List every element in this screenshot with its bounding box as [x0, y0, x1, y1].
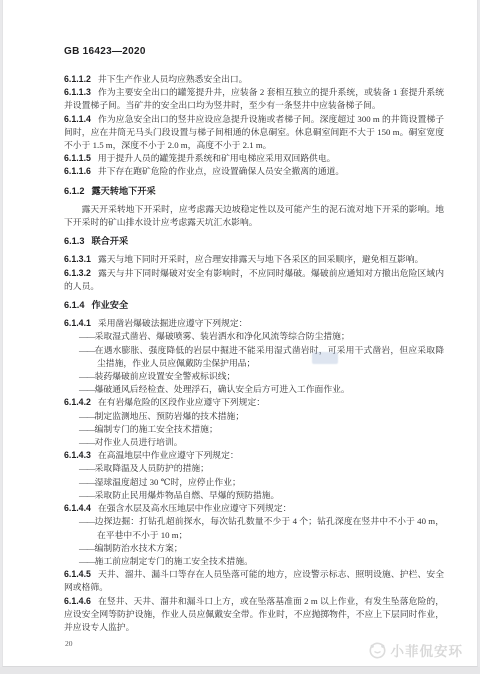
clause-6.1.4.1: 6.1.4.1采用凿岩爆破法掘进应遵守下列规定： — [64, 317, 444, 330]
clause-6.1.3.1: 6.1.3.1露天与地下同时开采时，应合理安排露天与地下各采区的回采顺序，避免相… — [64, 253, 444, 266]
clause-text: 采用凿岩爆破法掘进应遵守下列规定： — [98, 318, 248, 328]
clause-text: 作为应急安全出口的竖井应设应急提升设施或者梯子间。深度超过 300 m 的井筒设… — [64, 114, 444, 150]
bullet-item: ——在遇水膨胀、强度降低的岩层中掘进不能采用湿式凿岩时，可采用干式凿岩，但应采取… — [64, 344, 444, 370]
bullet-text: 制定监测地压、预防岩爆的技术措施； — [95, 411, 245, 421]
bullet-text: 编制专门的施工安全技术措施； — [95, 424, 218, 434]
clause-6.1.4.2: 6.1.4.2在有岩爆危险的区段作业应遵守下列规定： — [64, 396, 444, 409]
clause-number: 6.1.4.4 — [64, 503, 91, 513]
clause-number: 6.1.1.6 — [64, 166, 91, 176]
heading-text: 露天转地下开采 — [91, 186, 155, 196]
clause-number: 6.1.1.3 — [64, 87, 91, 97]
clause-text: 露天与地下同时开采时，应合理安排露天与地下各采区的回采顺序，避免相互影响。 — [98, 254, 424, 264]
bullet-dash: —— — [79, 543, 95, 553]
heading-text: 联合开采 — [91, 236, 128, 246]
bullet-item: ——采取降温及人员防护的措施； — [64, 462, 444, 475]
bullet-dash: —— — [79, 331, 95, 341]
bullet-text: 装药爆破前应设置安全警戒标识线； — [95, 371, 236, 381]
bullet-dash: —— — [79, 371, 95, 381]
bullet-dash: —— — [79, 437, 95, 447]
section-heading-6.1.2: 6.1.2露天转地下开采 — [64, 185, 444, 198]
bullet-dash: —— — [79, 345, 95, 355]
bullet-item: ——爆破通风后经检查、处理浮石，确认安全后方可进入工作面作业。 — [64, 383, 444, 396]
clause-number: 6.1.3.2 — [64, 268, 91, 278]
bullet-text: 编制防治水技术方案； — [95, 543, 183, 553]
clause-text: 在竖井、天井、溜井和漏斗口上方，或在坠落基准面 2 m 以上作业，有发生坠落危险… — [64, 596, 444, 632]
clause-6.1.1.4: 6.1.1.4作为应急安全出口的竖井应设应急提升设施或者梯子间。深度超过 300… — [64, 113, 444, 153]
clause-number: 6.1.4.6 — [64, 596, 91, 606]
bullet-item: ——湿球温度超过 30 ℃时，应停止作业； — [64, 476, 444, 489]
paragraph: 露天开采转地下开采时，应考虑露天边坡稳定性以及可能产生的泥石流对地下开采的影响。… — [64, 203, 444, 229]
clause-text: 在高温地层中作业应遵守下列规定： — [98, 450, 239, 460]
bullet-dash: —— — [79, 384, 95, 394]
bullet-text: 对作业人员进行培训。 — [95, 437, 183, 447]
heading-number: 6.1.4 — [64, 300, 84, 310]
bullet-text: 采取降温及人员防护的措施； — [95, 463, 209, 473]
clause-6.1.1.3: 6.1.1.3作为主要安全出口的罐笼提升井，应装备 2 套相互独立的提升系统，或… — [64, 86, 444, 112]
clause-number: 6.1.1.4 — [64, 114, 91, 124]
heading-number: 6.1.2 — [64, 186, 84, 196]
bullet-text: 湿球温度超过 30 ℃时，应停止作业； — [95, 477, 241, 487]
bullet-item: ——采取防止民用爆炸物品自燃、早爆的预防措施。 — [64, 489, 444, 502]
bullet-text: 边探边掘：打钻孔超前探水，每次钻孔数量不少于 4 个；钻孔深度在竖井中不小于 4… — [95, 516, 444, 539]
clause-6.1.4.6: 6.1.4.6在竖井、天井、溜井和漏斗口上方，或在坠落基准面 2 m 以上作业，… — [64, 595, 444, 635]
clause-text: 作为主要安全出口的罐笼提升井，应装备 2 套相互独立的提升系统，或装备 1 套提… — [64, 87, 444, 110]
brand-watermark: 小菲侃安环 — [369, 640, 464, 660]
bullet-item: ——边探边掘：打钻孔超前探水，每次钻孔数量不少于 4 个；钻孔深度在竖井中不小于… — [64, 515, 444, 541]
document-body: GB 16423—2020 6.1.1.2井下生产作业人员均应熟悉安全出口。6.… — [64, 46, 444, 634]
clause-number: 6.1.1.2 — [64, 74, 91, 84]
section-heading-6.1.3: 6.1.3联合开采 — [64, 235, 444, 248]
clause-text: 在强含水层及高水压地层中作业应遵守下列规定： — [98, 503, 292, 513]
bullet-text: 采取湿式凿岩、爆破喷雾、装岩洒水和净化风流等综合防尘措施； — [95, 331, 350, 341]
clause-6.1.1.2: 6.1.1.2井下生产作业人员均应熟悉安全出口。 — [64, 73, 444, 86]
bottom-background-strip — [0, 667, 480, 674]
heading-number: 6.1.3 — [64, 236, 84, 246]
clause-number: 6.1.4.2 — [64, 397, 91, 407]
clause-6.1.4.3: 6.1.4.3在高温地层中作业应遵守下列规定： — [64, 449, 444, 462]
bullet-item: ——装药爆破前应设置安全警戒标识线； — [64, 370, 444, 383]
clause-number: 6.1.4.5 — [64, 569, 91, 579]
mascot-face-icon — [369, 642, 386, 659]
bullet-item: ——制定监测地压、预防岩爆的技术措施； — [64, 410, 444, 423]
clause-text: 天井、溜井、漏斗口等存在人员坠落可能的地方，应设警示标志、照明设施、护栏、安全网… — [64, 569, 444, 592]
clause-text: 露天与井下同时爆破对安全有影响时，不应同时爆破。爆破前应通知对方撤出危险区域内的… — [64, 268, 444, 291]
bullet-dash: —— — [79, 516, 95, 526]
clause-number: 6.1.1.5 — [64, 153, 91, 163]
bullet-text: 施工前应制定专门的施工安全技术措施。 — [95, 556, 253, 566]
clause-number: 6.1.4.3 — [64, 450, 91, 460]
clause-number: 6.1.3.1 — [64, 254, 91, 264]
bullet-dash: —— — [79, 463, 95, 473]
bullet-dash: —— — [79, 411, 95, 421]
page-number: 20 — [65, 639, 73, 648]
clause-6.1.1.5: 6.1.1.5用于提升人员的罐笼提升系统和矿用电梯应采用双回路供电。 — [64, 152, 444, 165]
bullet-item: ——编制专门的施工安全技术措施； — [64, 423, 444, 436]
bullet-text: 在遇水膨胀、强度降低的岩层中掘进不能采用湿式凿岩时，可采用干式凿岩，但应采取降尘… — [95, 345, 444, 368]
bullet-item: ——采取湿式凿岩、爆破喷雾、装岩洒水和净化风流等综合防尘措施； — [64, 330, 444, 343]
heading-text: 作业安全 — [91, 300, 128, 310]
bullet-dash: —— — [79, 477, 95, 487]
bullet-text: 爆破通风后经检查、处理浮石，确认安全后方可进入工作面作业。 — [95, 384, 350, 394]
bullet-dash: —— — [79, 556, 95, 566]
bullet-dash: —— — [79, 424, 95, 434]
clause-text: 用于提升人员的罐笼提升系统和矿用电梯应采用双回路供电。 — [98, 153, 336, 163]
bullet-item: ——施工前应制定专门的施工安全技术措施。 — [64, 555, 444, 568]
clause-6.1.3.2: 6.1.3.2露天与井下同时爆破对安全有影响时，不应同时爆破。爆破前应通知对方撤… — [64, 267, 444, 293]
clause-6.1.4.5: 6.1.4.5天井、溜井、漏斗口等存在人员坠落可能的地方，应设警示标志、照明设施… — [64, 568, 444, 594]
bullet-text: 采取防止民用爆炸物品自燃、早爆的预防措施。 — [95, 490, 280, 500]
standard-number-header: GB 16423—2020 — [64, 46, 444, 57]
clause-text: 井下存在跑矿危险的作业点，应设置确保人员安全撤离的通道。 — [98, 166, 344, 176]
screenshot-root: { "document": { "header": "GB 16423—2020… — [0, 0, 480, 674]
brand-watermark-text: 小菲侃安环 — [391, 640, 464, 660]
clause-6.1.4.4: 6.1.4.4在强含水层及高水压地层中作业应遵守下列规定： — [64, 502, 444, 515]
clause-text: 井下生产作业人员均应熟悉安全出口。 — [98, 74, 248, 84]
bullet-item: ——编制防治水技术方案； — [64, 542, 444, 555]
bullet-dash: —— — [79, 490, 95, 500]
section-heading-6.1.4: 6.1.4作业安全 — [64, 299, 444, 312]
clause-number: 6.1.4.1 — [64, 318, 91, 328]
document-page: GB 16423—2020 6.1.1.2井下生产作业人员均应熟悉安全出口。6.… — [2, 0, 478, 667]
faint-blue-stamp — [312, 352, 338, 364]
clause-text: 在有岩爆危险的区段作业应遵守下列规定： — [98, 397, 265, 407]
clause-6.1.1.6: 6.1.1.6井下存在跑矿危险的作业点，应设置确保人员安全撤离的通道。 — [64, 165, 444, 178]
bullet-item: ——对作业人员进行培训。 — [64, 436, 444, 449]
clauses-container: 6.1.1.2井下生产作业人员均应熟悉安全出口。6.1.1.3作为主要安全出口的… — [64, 73, 444, 634]
